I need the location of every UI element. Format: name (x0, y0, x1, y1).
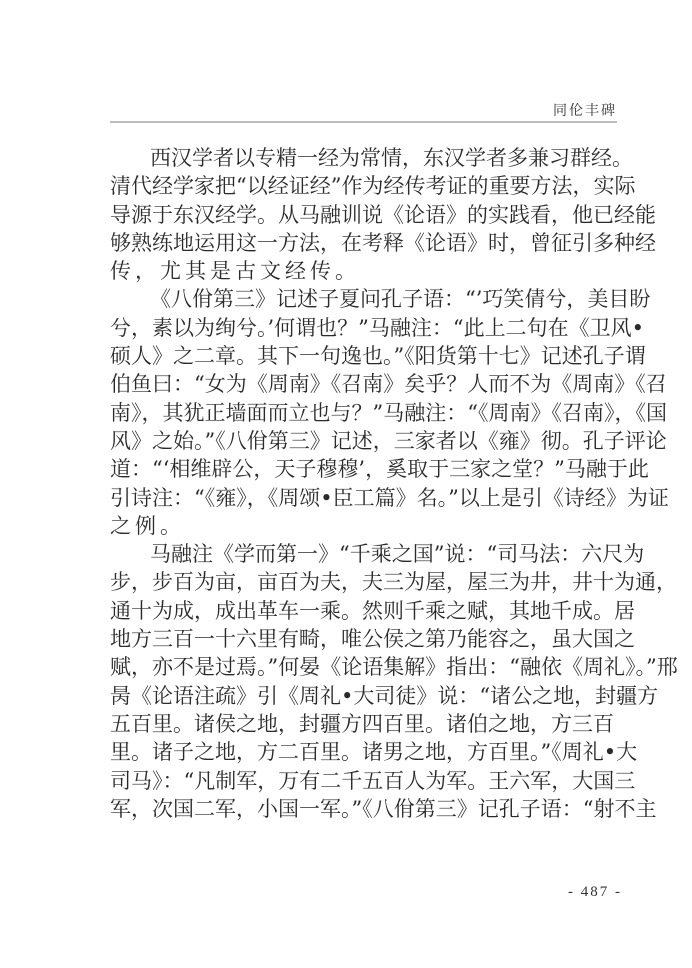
text-line: 军，次国二军，小国一军。”《八佾第三》记孔子语：“射不主 (110, 795, 603, 823)
text-line: 道：“‘相维辟公，天子穆穆’，奚取于三家之堂？”马融于此 (110, 455, 603, 483)
running-head: 同伦丰碑 (553, 100, 617, 120)
text-line: 导源于东汉经学。从马融训说《论语》的实践看，他已经能 (110, 201, 603, 229)
text-line: 赋，亦不是过焉。”何晏《论语集解》指出：“融依《周礼》。”邢 (110, 653, 603, 681)
text-line: 马融注《学而第一》“千乘之国”说：“司马法：六尺为 (110, 540, 603, 568)
text-line: 硕人》之二章。其下一句逸也。”《阳货第十七》记述孔子谓 (110, 342, 603, 370)
page-number: - 487 - (568, 884, 622, 901)
text-line: 司马》：“凡制军，万有二千五百人为军。王六军，大国三 (110, 767, 603, 795)
text-line: 地方三百一十六里有畸，唯公侯之第乃能容之，虽大国之 (110, 625, 603, 653)
text-line: 通十为成，成出革车一乘。然则千乘之赋，其地千成。居 (110, 597, 603, 625)
text-line: 《八佾第三》记述子夏问孔子语：“’巧笑倩兮，美目盼 (110, 285, 603, 313)
text-line: 引诗注：“《雍》，《周颂•臣工篇》名。”以上是引《诗经》为证 (110, 484, 603, 512)
body-text: 西汉学者以专精一经为常情，东汉学者多兼习群经。清代经学家把“以经证经”作为经传考… (110, 144, 603, 823)
text-line: 兮，素以为绚兮。’何谓也？”马融注：“此上二句在《卫风• (110, 314, 603, 342)
text-line: 够熟练地运用这一方法，在考释《论语》时，曾征引多种经 (110, 229, 603, 257)
text-line: 南》，其犹正墙面而立也与？”马融注：“《周南》《召南》，《国 (110, 399, 603, 427)
text-line: 清代经学家把“以经证经”作为经传考证的重要方法，实际 (110, 172, 603, 200)
text-line: 里。诸子之地，方二百里。诸男之地，方百里。”《周礼•大 (110, 738, 603, 766)
text-line: 之例。 (110, 512, 603, 540)
text-line: 步，步百为亩，亩百为夫，夫三为屋，屋三为井，井十为通， (110, 568, 603, 596)
text-line: 五百里。诸侯之地，封疆方四百里。诸伯之地，方三百 (110, 710, 603, 738)
text-line: 西汉学者以专精一经为常情，东汉学者多兼习群经。 (110, 144, 603, 172)
text-line: 昺《论语注疏》引《周礼•大司徒》说：“诸公之地，封疆方 (110, 682, 603, 710)
text-line: 风》之始。”《八佾第三》记述，三家者以《雍》彻。孔子评论 (110, 427, 603, 455)
text-line: 传，尤其是古文经传。 (110, 257, 603, 285)
header-rule (110, 121, 617, 123)
text-line: 伯鱼曰：“女为《周南》《召南》矣乎？人而不为《周南》《召 (110, 370, 603, 398)
